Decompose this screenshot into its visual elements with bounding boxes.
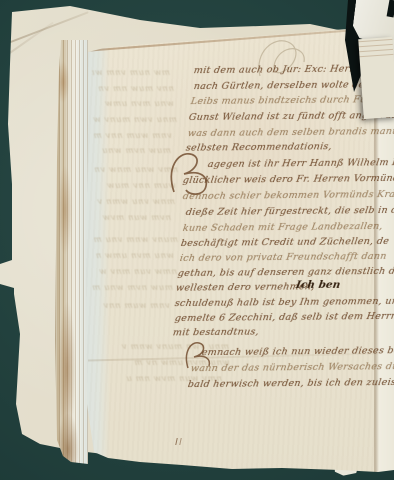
manuscript-line: wellesten dero vernehmen,	[175, 281, 315, 293]
manuscript-line: gemelte 6 Zecchini, daß selb ist dem Her…	[174, 311, 394, 324]
showthrough-line: wnu mvn umw	[93, 99, 175, 109]
manuscript-line: kune Schaden mit Frage Landbezallen,	[182, 221, 384, 234]
manuscript-line: agegen ist ihr Herr Hannß Wilhelm Bozin,	[207, 157, 394, 170]
manuscript-line: glücklicher weis dero Fr. Herren Vormünd	[182, 173, 394, 186]
showthrough-line: wnu mvn umw n	[89, 251, 175, 261]
flourish-initial-icon	[164, 148, 210, 196]
showthrough-line: muw nvm wnu	[92, 146, 172, 156]
showthrough-line: nmw vun mnv w	[88, 267, 178, 277]
showthrough-line: mnw vnu wmn v	[88, 197, 176, 207]
showthrough-line: munv wnm vnu m	[87, 235, 179, 245]
manuscript-line: beschäftigt mit Credit und Züchellen, de	[180, 236, 390, 249]
showthrough-line: vnm wum nnv m	[89, 131, 173, 141]
showthrough-line: mw num vnm wu	[91, 68, 171, 78]
manuscript-photo: mw num vnm wu nnv muw nm vn wnu mvn umw …	[0, 0, 394, 480]
manuscript-line: wann der das nürnberisch Wersaches durch…	[190, 361, 394, 375]
manuscript-line: mit bestandtnus,	[172, 327, 260, 339]
showthrough-line: nnv muw nm vn	[89, 84, 175, 94]
leaf-edge-seams	[358, 37, 393, 57]
showthrough-line: mnu vwn munv w	[90, 115, 178, 125]
fore-edge-leaf-stack	[55, 40, 88, 464]
manuscript-line: bald herwisch werden, bis ich den zuleis…	[187, 377, 394, 390]
manuscript-line: ich dero von privata Freundschafft dann	[179, 251, 387, 264]
manuscript-line: gethan, bis auf denseren ganz dienstlich…	[177, 266, 394, 279]
manuscript-line: dieße Zeit hier fürgestreckt, die selb i…	[185, 205, 394, 218]
showthrough-line: vnm wum nnv	[89, 301, 171, 311]
showthrough-line: nvm wun mvw	[90, 213, 172, 223]
manuscript-line: schuldenuß halb ist bey Ihm genommen, un…	[174, 296, 394, 309]
written-page: mw num vnm wu nnv muw nm vn wnu mvn umw …	[84, 24, 394, 474]
showthrough-line: muw nvm wnu m	[90, 283, 174, 293]
manuscript-line: dennoch schier bekommen Vormünds Krafft …	[182, 189, 394, 202]
ink-mark	[175, 438, 181, 445]
manuscript-line: emnach weiß ich nun wieder dieses beschr…	[201, 345, 394, 359]
manuscript-line: was dann auch dem selben brandis manus b	[187, 126, 394, 139]
ink-blot-word: Ich ben	[295, 279, 341, 291]
fold-crease	[8, 11, 89, 43]
loose-leaf-corner	[358, 37, 394, 119]
